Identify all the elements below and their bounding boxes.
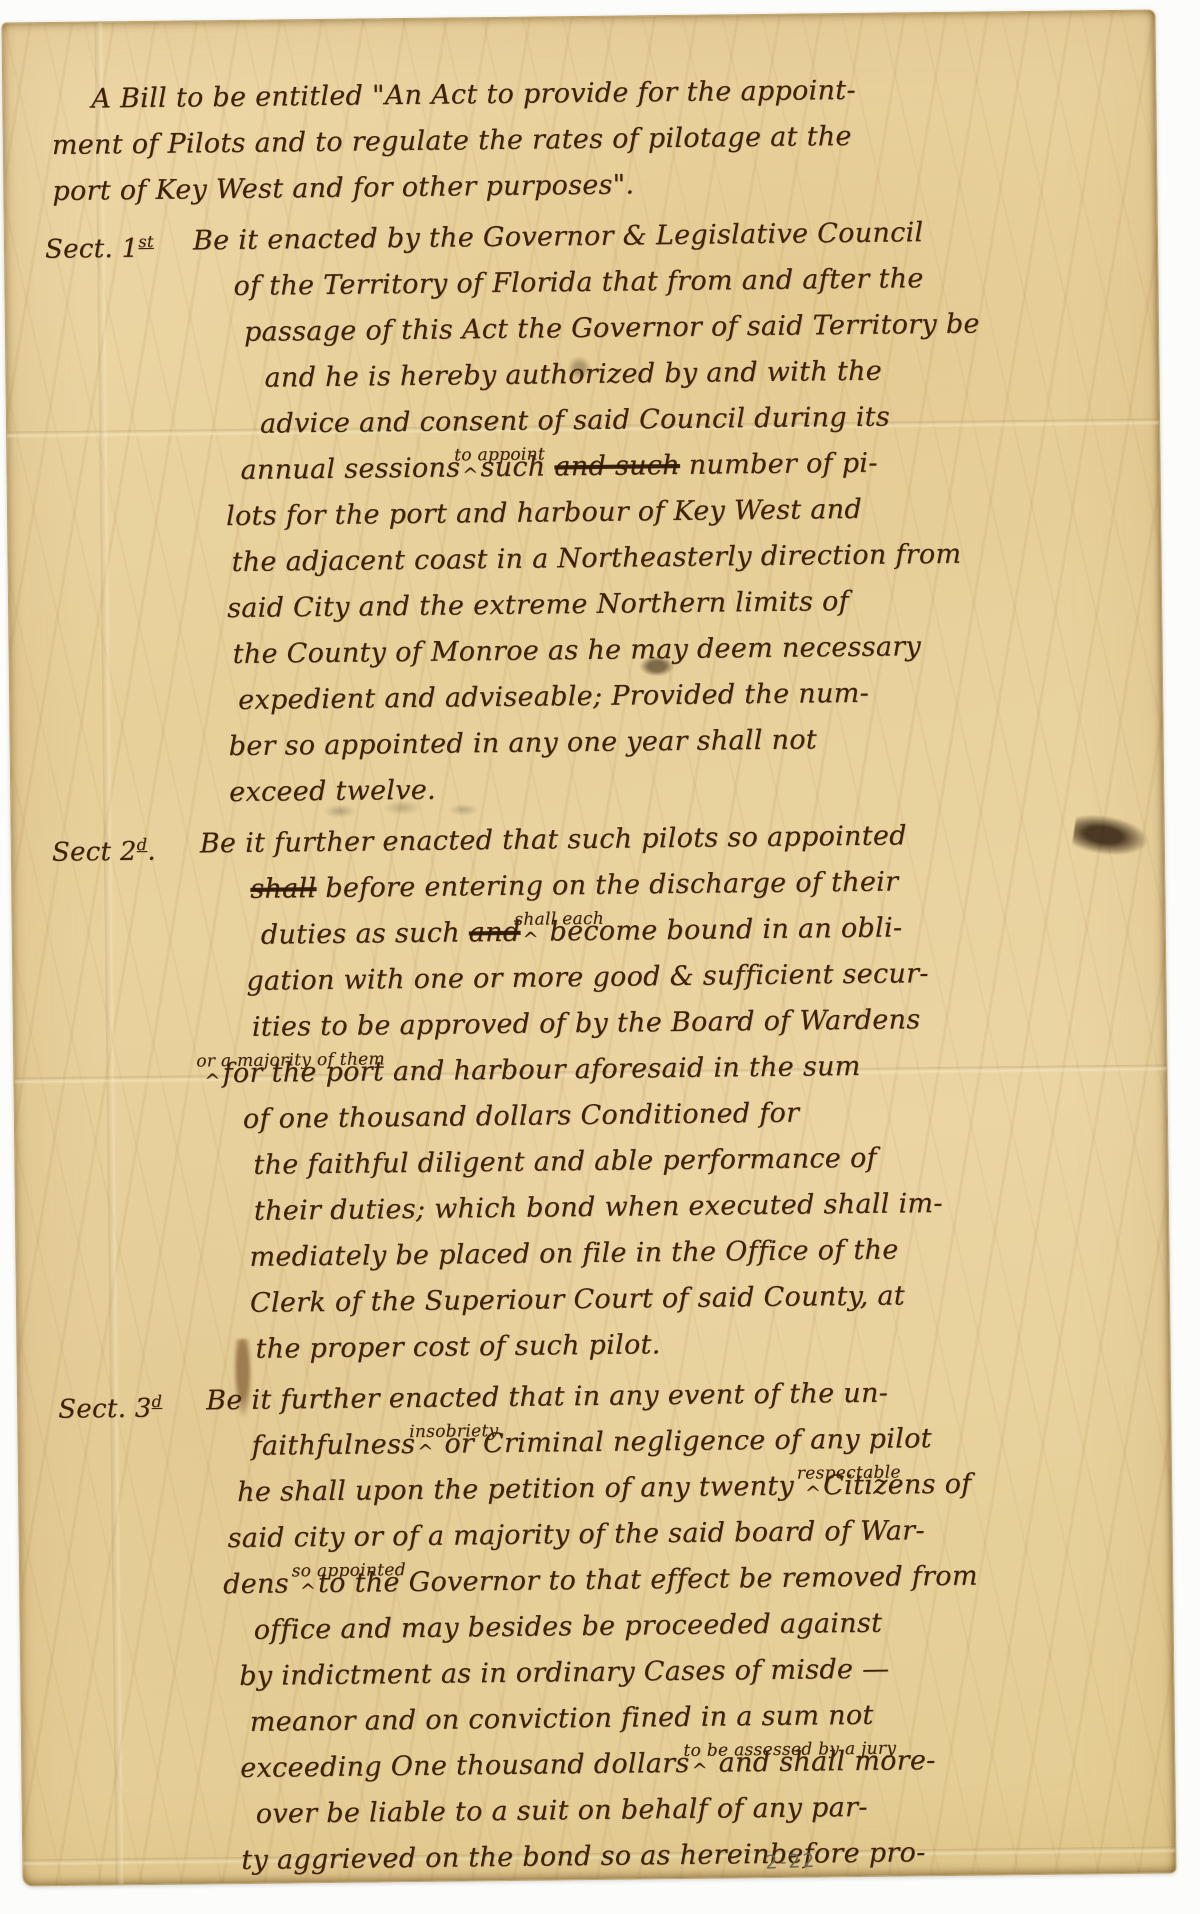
section-label: Sect. 3d <box>58 1378 212 1886</box>
insertion-caret: ^ <box>415 1429 436 1475</box>
handwritten-text: their duties; which bond when executed s… <box>254 1188 943 1227</box>
struck-out-text: and <box>469 917 521 949</box>
handwritten-text: expedient and adviseable; Provided the n… <box>238 678 869 716</box>
insertion-caret: ^ <box>520 917 541 963</box>
section-label-ordinal: d <box>137 835 148 854</box>
handwritten-text: said City and the extreme Northern limit… <box>227 586 849 624</box>
section-text: Be it further enacted that in any event … <box>206 1368 1152 1885</box>
handwritten-text: to the Governor to that effect be remove… <box>318 1561 978 1599</box>
bill-sections: Sect. 1stBe it enacted by the Governor &… <box>45 208 1152 1886</box>
handwritten-text: the proper cost of such pilot. <box>255 1329 660 1365</box>
bill-section: Sect 2d.Be it further enacted that such … <box>52 811 1146 1375</box>
insertion-caret: ^ <box>298 1568 319 1614</box>
handwritten-text: the faithful diligent and able performan… <box>253 1143 877 1181</box>
struck-out-text: shall <box>250 873 316 905</box>
handwritten-text: he shall upon the petition of any twenty <box>237 1471 803 1508</box>
handwritten-text: Be it enacted by the Governor & Legislat… <box>193 217 924 256</box>
handwritten-text: exceeding One thousand dollars <box>240 1748 690 1784</box>
inserted-text: shall each^ <box>520 910 541 958</box>
handwritten-text: dens <box>223 1568 298 1600</box>
handwritten-text: A Bill to be entitled "An Act to provide… <box>91 75 856 115</box>
handwritten-text: before entering on the discharge of thei… <box>316 866 898 904</box>
inserted-text: so appointed^ <box>298 1561 319 1609</box>
insertion-caret: ^ <box>689 1748 710 1794</box>
insertion-caret: ^ <box>202 1058 223 1104</box>
paper-page: A Bill to be entitled "An Act to provide… <box>1 10 1176 1887</box>
handwritten-text: and he is hereby authorized by and with … <box>264 356 882 394</box>
bill-section: Sect. 3dBe it further enacted that in an… <box>58 1368 1152 1886</box>
section-text: Be it enacted by the Governor & Legislat… <box>193 208 1140 817</box>
handwritten-text: meanor and on conviction fined in a sum … <box>250 1700 874 1738</box>
section-label-text: Sect. 3 <box>58 1394 152 1425</box>
handwritten-text: said city or of a majority of the said b… <box>228 1515 925 1554</box>
handwritten-text: number of pi- <box>680 448 878 481</box>
handwritten-text: annual sessions <box>240 452 460 485</box>
insertion-caret: ^ <box>803 1470 824 1516</box>
handwritten-text: faithfulness <box>251 1429 415 1462</box>
handwritten-text: ment of Pilots and to regulate the rates… <box>52 121 852 161</box>
handwritten-text: the County of Monroe as he may deem nece… <box>232 631 921 670</box>
inserted-text: to appoint^ <box>460 445 481 493</box>
handwritten-text: Clerk of the Superiour Court of said Cou… <box>250 1280 905 1318</box>
inserted-text: insobriety^ <box>415 1422 436 1470</box>
handwritten-text: office and may besides be proceeded agai… <box>254 1608 883 1646</box>
struck-out-text: and such <box>554 450 680 482</box>
section-label-text: . <box>147 837 156 867</box>
section-label-text: Sect 2 <box>52 837 137 868</box>
handwritten-text: duties as such <box>261 917 469 950</box>
insertion-above-line: to be assessed by a jury <box>683 1741 896 1760</box>
handwritten-text: mediately be placed on file in the Offic… <box>249 1235 898 1273</box>
handwritten-text: or Criminal negligence of any pilot <box>435 1423 932 1460</box>
handwritten-text: advice and consent of said Council durin… <box>260 402 890 440</box>
handwritten-text: Be it further enacted that in any event … <box>206 1378 888 1417</box>
section-label: Sect. 1st <box>45 218 200 818</box>
section-label-ordinal: d <box>151 1392 162 1411</box>
handwritten-text: of the Territory of Florida that from an… <box>233 263 923 302</box>
handwritten-text: by indictment as in ordinary Cases of mi… <box>239 1654 890 1692</box>
handwritten-text: Be it further enacted that such pilots s… <box>200 820 907 859</box>
inserted-text: to be assessed by a jury^ <box>689 1741 710 1789</box>
bill-title: A Bill to be entitled "An Act to provide… <box>51 65 1132 215</box>
insertion-caret: ^ <box>460 452 481 498</box>
manuscript-line: the proper cost of such pilot. <box>205 1317 1145 1374</box>
handwritten-text: gation with one or more good & sufficien… <box>246 958 929 997</box>
handwritten-text: ty aggrieved on the bond so as hereinbef… <box>241 1837 926 1876</box>
manuscript-text: A Bill to be entitled "An Act to provide… <box>2 11 1175 1886</box>
handwritten-text: the adjacent coast in a Northeasterly di… <box>231 539 961 578</box>
bill-section: Sect. 1stBe it enacted by the Governor &… <box>45 208 1140 818</box>
handwritten-text: over be liable to a suit on behalf of an… <box>256 1792 868 1830</box>
section-text: Be it further enacted that such pilots s… <box>200 811 1146 1374</box>
section-label-ordinal: st <box>138 232 154 251</box>
pencil-page-number: 2-22 <box>765 1850 817 1874</box>
handwritten-text: lots for the port and harbour of Key Wes… <box>226 494 862 532</box>
handwritten-text: of one thousand dollars Conditioned for <box>243 1098 800 1135</box>
handwritten-text: exceed twelve. <box>229 775 436 808</box>
section-label: Sect 2d. <box>52 821 206 1375</box>
scanned-document: A Bill to be entitled "An Act to provide… <box>0 0 1200 1914</box>
section-label-text: Sect. 1 <box>45 234 139 265</box>
handwritten-text: port of Key West and for other purposes"… <box>52 169 634 207</box>
handwritten-text: passage of this Act the Governor of said… <box>244 309 980 348</box>
handwritten-text: ber so appointed in any one year shall n… <box>229 724 818 762</box>
manuscript-line: ty aggrieved on the bond so as hereinbef… <box>211 1828 1151 1885</box>
manuscript-line: exceed twelve. <box>199 760 1139 817</box>
insertion-above-line: or a majority of them <box>196 1051 385 1070</box>
handwritten-text: ities to be approved of by the Board of … <box>252 1004 921 1043</box>
inserted-text: or a majority of them^ <box>202 1051 223 1099</box>
inserted-text: respectable^ <box>803 1463 824 1511</box>
